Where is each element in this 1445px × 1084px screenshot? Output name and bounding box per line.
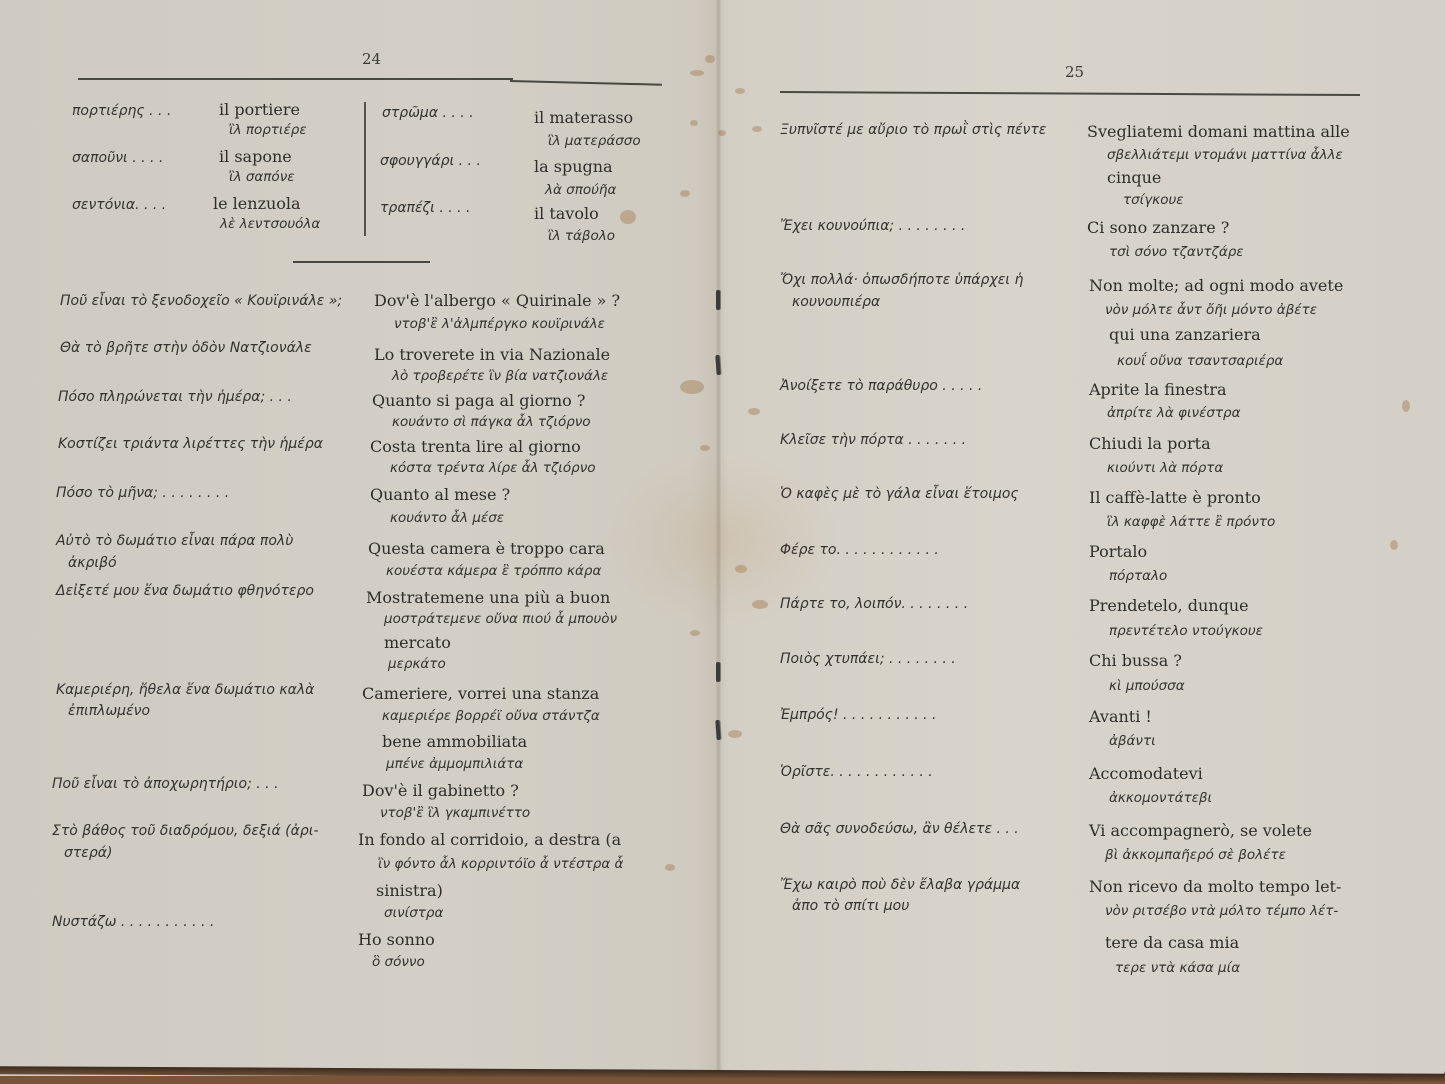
phrase-transliteration: ἀβάντι <box>1109 733 1156 749</box>
phrase-italian: Chiudi la porta <box>1089 434 1211 453</box>
phrase-transliteration: ντοβ'ἒ λ'ἀλμπέργκο κουϊρινάλε <box>394 316 605 332</box>
phrase-greek: Ξυπνῖστέ με αὔριο τὸ πρωῒ στὶς πέντε <box>780 122 1046 138</box>
phrase-greek: Πόσο τὸ μῆνα; . . . . . . . . <box>56 485 229 501</box>
phrase-transliteration-cont: τερε ντὰ κάσα μία <box>1115 960 1240 976</box>
phrase-greek-cont: ἀπο τὸ σπίτι μου <box>792 898 909 914</box>
phrase-italian: Portalo <box>1089 542 1147 561</box>
phrase-transliteration: κόστα τρέντα λίρε ἆλ τζιόρνο <box>390 460 596 476</box>
vocab-italian: il portiere <box>219 100 300 119</box>
phrase-italian: Quanto al mese ? <box>370 485 510 504</box>
header-rule-tail <box>510 80 662 85</box>
phrase-italian: In fondo al corridoio, a destra (a <box>358 830 621 849</box>
open-book-spread: 24 πορτιέρης . . . il portiere ἲλ πορτιέ… <box>0 0 1445 1076</box>
page-number: 25 <box>1065 63 1084 81</box>
vocab-greek: σφουγγάρι . . . <box>380 153 481 169</box>
phrase-italian: Chi bussa ? <box>1089 651 1182 670</box>
page-number: 24 <box>362 50 381 68</box>
phrase-transliteration: καμεριέρε βορρέϊ οὔνα στάντζα <box>382 708 600 724</box>
vocab-transliteration: λὰ σπούῆα <box>545 182 616 198</box>
vocab-transliteration: ἲλ πορτιέρε <box>229 122 307 138</box>
header-rule <box>78 78 513 80</box>
phrase-greek: Θὰ τὸ βρῆτε στὴν ὁδὸν Νατζιονάλε <box>60 340 312 356</box>
phrase-transliteration: μοστράτεμενε οὔνα πιού ἆ μπουὸν <box>384 611 617 627</box>
phrase-greek: Ὁ καφὲς μὲ τὸ γάλα εἶναι ἕτοιμος <box>780 486 1019 502</box>
phrase-italian-cont: mercato <box>384 633 451 652</box>
phrase-greek: Ὁρῖστε. . . . . . . . . . . . <box>780 764 933 780</box>
phrase-greek-cont: ἐπιπλωμένο <box>68 703 150 719</box>
vocab-column-divider <box>364 102 366 236</box>
phrase-italian-cont: bene ammobiliata <box>382 732 527 751</box>
staple-1 <box>716 290 720 310</box>
phrase-greek: Ἐμπρός! . . . . . . . . . . . <box>780 707 936 723</box>
vocab-italian: il tavolo <box>534 204 599 223</box>
phrase-transliteration: κιούντι λὰ πόρτα <box>1107 460 1223 476</box>
phrase-greek: Φέρε το. . . . . . . . . . . . <box>780 542 939 558</box>
phrase-italian: Prendetelo, dunque <box>1089 596 1249 615</box>
phrase-greek: Αὐτὸ τὸ δωμάτιο εἶναι πάρα πολὺ <box>56 533 293 549</box>
vocab-greek: πορτιέρης . . . <box>72 103 171 119</box>
phrase-greek: Νυστάζω . . . . . . . . . . . <box>52 914 214 930</box>
phrase-greek: Ποιὸς χτυπάει; . . . . . . . . <box>780 651 956 667</box>
phrase-italian: Aprite la finestra <box>1089 380 1227 399</box>
phrase-italian: Costa trenta lire al giorno <box>370 437 581 456</box>
vocab-transliteration: ἲλ τάβολο <box>548 228 615 244</box>
phrase-transliteration: ὃ σόννο <box>372 954 425 970</box>
vocab-italian: le lenzuola <box>213 194 301 213</box>
phrase-italian: Cameriere, vorrei una stanza <box>362 684 599 703</box>
phrase-italian: Non molte; ad ogni modo avete <box>1089 276 1343 295</box>
phrase-transliteration: πόρταλο <box>1109 568 1167 584</box>
phrase-transliteration: νὸν ριτσέβο ντὰ μόλτο τέμπο λέτ- <box>1105 903 1338 919</box>
phrase-greek: Πόσο πληρώνεται τὴν ἡμέρα; . . . <box>58 389 292 405</box>
phrase-italian-cont: tere da casa mia <box>1105 933 1239 952</box>
book-fold <box>716 0 722 1076</box>
phrase-italian: Dov'è l'albergo « Quirinale » ? <box>374 291 620 310</box>
phrase-greek: Ἔχω καιρὸ ποὺ δὲν ἔλαβα γράμμα <box>780 877 1020 893</box>
phrase-greek-cont: ἀκριβό <box>68 555 117 571</box>
staple-3 <box>716 662 720 682</box>
phrase-italian: Non ricevo da molto tempo let- <box>1089 877 1341 896</box>
phrase-transliteration: ντοβ'ἒ ἲλ γκαμπινέττο <box>380 805 530 821</box>
phrase-greek: Κλεῖσε τὴν πόρτα . . . . . . . <box>780 432 966 448</box>
phrase-italian: Il caffè-latte è pronto <box>1089 488 1261 507</box>
phrase-transliteration: σβελλιάτεμι ντομάνι ματτίνα ἆλλε <box>1107 147 1343 163</box>
section-rule <box>293 261 430 263</box>
phrase-transliteration-cont: μερκάτο <box>388 656 446 672</box>
vocab-transliteration: ἲλ σαπόνε <box>229 169 295 185</box>
phrase-greek: Ἀνοίξετε τὸ παράθυρο . . . . . <box>780 378 982 394</box>
phrase-italian: Dov'è il gabinetto ? <box>362 781 519 800</box>
phrase-italian: Avanti ! <box>1089 707 1152 726</box>
phrase-transliteration: ἀκκομοντάτεβι <box>1109 790 1212 806</box>
phrase-italian-cont: sinistra) <box>376 881 443 900</box>
vocab-transliteration: ἲλ ματεράσσο <box>548 133 641 149</box>
phrase-greek-cont: κουνουπιέρα <box>792 294 880 310</box>
phrase-transliteration: ἲν φόντο ἆλ κορριντόϊο ἆ ντέστρα ἆ <box>378 856 623 872</box>
vocab-italian: il sapone <box>219 147 292 166</box>
phrase-transliteration: ἀπρίτε λὰ φινέστρα <box>1107 405 1241 421</box>
phrase-transliteration-cont: κουΐ οὔνα τσαντσαριέρα <box>1117 353 1283 369</box>
phrase-italian: Questa camera è troppo cara <box>368 539 605 558</box>
phrase-transliteration: νὸν μόλτε ἆντ ὄῆι μόντο ἀβέτε <box>1105 302 1317 318</box>
vocab-greek: σεντόνια. . . . <box>72 197 166 213</box>
phrase-greek-cont: στερά) <box>64 845 112 861</box>
phrase-transliteration: κουάντο ἆλ μέσε <box>390 510 504 526</box>
phrase-italian: Quanto si paga al giorno ? <box>372 391 585 410</box>
phrase-greek: Ποῦ εἶναι τὸ ἀποχωρητήριο; . . . <box>52 776 279 792</box>
phrase-italian: Accomodatevi <box>1089 764 1203 783</box>
phrase-transliteration: τσὶ σόνο τζαντζάρε <box>1109 244 1244 260</box>
vocab-greek: στρῶμα . . . . <box>382 105 474 121</box>
phrase-italian: Vi accompagnerò, se volete <box>1089 821 1312 840</box>
phrase-transliteration-cont: σινίστρα <box>384 905 443 921</box>
phrase-transliteration-cont: τσίγκουε <box>1123 192 1184 208</box>
phrase-transliteration: κουέστα κάμερα ἒ τρόππο κάρα <box>386 563 601 579</box>
phrase-transliteration: κὶ μπούσσα <box>1109 678 1185 694</box>
phrase-transliteration: ἲλ καφφὲ λάττε ἒ πρόντο <box>1107 514 1275 530</box>
header-rule <box>780 91 1360 96</box>
phrase-italian: Mostratemene una più a buon <box>366 588 610 607</box>
left-page: 24 πορτιέρης . . . il portiere ἲλ πορτιέ… <box>0 0 710 1076</box>
vocab-italian: la spugna <box>534 157 613 176</box>
vocab-transliteration: λὲ λεντσουόλα <box>220 216 320 232</box>
phrase-greek: Κοστίζει τριάντα λιρέττες τὴν ἡμέρα <box>58 436 323 452</box>
phrase-greek: Ὄχι πολλά· ὁπωσδήποτε ὑπάρχει ἡ <box>780 272 1023 288</box>
vocab-greek: τραπέζι . . . . <box>380 200 471 216</box>
phrase-greek: Θὰ σᾶς συνοδεύσω, ἂν θέλετε . . . <box>780 821 1019 837</box>
phrase-italian-cont: qui una zanzariera <box>1109 325 1261 344</box>
phrase-italian: Ho sonno <box>358 930 435 949</box>
phrase-greek: Δεἰξετέ μου ἕνα δωμάτιο φθηνότερο <box>56 583 314 599</box>
phrase-italian: Lo troverete in via Nazionale <box>374 345 610 364</box>
phrase-italian: Svegliatemi domani mattina alle <box>1087 122 1350 141</box>
phrase-greek: Ἔχει κουνούπια; . . . . . . . . <box>780 218 965 234</box>
phrase-greek: Στὸ βάθος τοῦ διαδρόμου, δεξιά (ἀρι- <box>52 823 319 839</box>
vocab-greek: σαποῦνι . . . . <box>72 150 163 166</box>
phrase-transliteration: λὸ τροβερέτε ἲν βία νατζιονάλε <box>392 368 608 384</box>
phrase-greek: Καμεριέρη, ἤθελα ἕνα δωμάτιο καλὰ <box>56 682 314 698</box>
phrase-transliteration-cont: μπένε ἀμμομπιλιάτα <box>386 756 523 772</box>
right-page: 25 Ξυπνῖστέ με αὔριο τὸ πρωῒ στὶς πέντε … <box>725 0 1445 1076</box>
phrase-greek: Πάρτε το, λοιπόν. . . . . . . . <box>780 596 968 612</box>
phrase-transliteration: κουάντο σὶ πάγκα ἆλ τζιόρνο <box>392 414 591 430</box>
vocab-italian: il materasso <box>534 108 633 127</box>
phrase-italian-cont: cinque <box>1107 168 1161 187</box>
phrase-italian: Ci sono zanzare ? <box>1087 218 1229 237</box>
phrase-greek: Ποῦ εἶναι τὸ ξενοδοχεῖο « Κουϊρινάλε »; <box>60 293 342 309</box>
phrase-transliteration: πρεντέτελο ντούγκουε <box>1109 623 1263 639</box>
phrase-transliteration: βὶ ἀκκομπαῆερό σὲ βολέτε <box>1105 847 1286 863</box>
